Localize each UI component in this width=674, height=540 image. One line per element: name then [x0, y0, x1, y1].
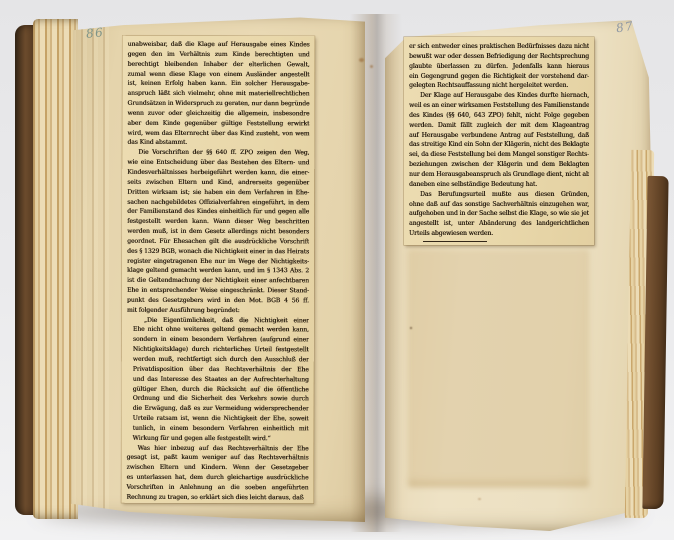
text-line: auf Herausgabe verbundene Antrag auf Fes…: [409, 131, 589, 141]
text-line: tunlich, in einem besondern Verfahren ei…: [127, 424, 309, 434]
text-line: register eingetragenen Ehe nur im Wege d…: [127, 256, 309, 266]
book-photo: 86 87 unabweisbar, daß die Klage auf Her…: [0, 0, 674, 540]
text-line: gültiger Ehen, durch die Rücksicht auf d…: [127, 384, 309, 394]
text-line: bewußt war oder dessen Befriedigung der …: [409, 52, 589, 62]
text-line: wie eine Entscheidung über das Bestehen …: [127, 158, 309, 168]
text-line: sondern in einem besondern Verfahren (au…: [127, 335, 309, 345]
foxing-spot: [359, 58, 364, 62]
text-line: Urteile ratsam ist, wenn die Nichtigkeit…: [127, 414, 309, 424]
text-line: gesagt ist, paßt kaum weniger auf das Re…: [126, 453, 308, 463]
text-line: das Kind abstammt.: [127, 138, 309, 148]
text-line: zwischen Eltern und Kindern. Wenn der Ge…: [126, 463, 308, 473]
text-line: punkt des Gesetzgebers wird in den Mot. …: [127, 296, 309, 306]
text-line: seits zwischen Eltern und Kind, andrerse…: [127, 178, 309, 188]
text-line: Wirkung für und gegen alle festgestellt …: [127, 434, 309, 444]
text-line: werden muß, rechtfertigt sich durch den …: [127, 355, 309, 365]
text-line: anspruch läßt sich vielmehr, ohne mit ma…: [127, 89, 309, 99]
pasted-clipping-left: unabweisbar, daß die Klage auf Herausgab…: [121, 36, 314, 504]
text-line: werden. Damit fällt zugleich der mit dem…: [409, 121, 589, 131]
text-line: weil es an einer wirksamen Feststellung …: [409, 101, 589, 111]
text-line: Ehe in entsprechender Weise eingeschränk…: [127, 286, 309, 296]
text-line: Der Klage auf Herausgabe des Kindes durf…: [409, 91, 589, 101]
text-line: beziehungen zwischen der Klägerin und de…: [409, 160, 589, 170]
text-line: aber dem Kinde gegenüber gültige Festste…: [127, 119, 309, 129]
glue-stain: [408, 249, 589, 487]
foxing-spot: [370, 65, 373, 68]
text-line: ist, keinen Erfolg haben kann. Ein solch…: [127, 79, 309, 89]
text-line: Grundsätzen in Widerspruch zu geraten, n…: [127, 99, 309, 109]
text-line: unabweisbar, daß die Klage auf Herausgab…: [128, 40, 310, 50]
text-line: des § 1329 BGB, wonach die Nichtigkeit e…: [127, 246, 309, 256]
text-line: aufgehoben und in der Sache selbst die K…: [409, 209, 589, 219]
book-gutter-fold: [350, 14, 402, 532]
text-line: Rechnung zu tragen, so erklärt sich dies…: [126, 493, 308, 503]
text-line: und das Interesse des Staates an der Auf…: [127, 374, 309, 384]
text-line: Ordnung und die Sicherheit des Verkehrs …: [127, 394, 309, 404]
text-line: daneben eine selbständige Bedeutung hat.: [409, 180, 589, 190]
text-line: Kindesverhältnisses herbeigeführt werden…: [127, 168, 309, 178]
text-line: Urteils abgewiesen werden.: [409, 229, 589, 239]
text-line: geordnet. Für Ehesachen gilt die ausdrüc…: [127, 237, 309, 247]
text-line: des Kindes (§§ 640, 643 ZPO) fehlt, nich…: [409, 111, 589, 121]
text-line: klage geltend gemacht werden kann, und i…: [127, 266, 309, 276]
text-line: ist die Geltendmachung der Nichtigkeit e…: [127, 276, 309, 286]
text-line: Ehe nicht ohne weiteres geltend gemacht …: [127, 325, 309, 335]
text-line: festgestellt werden kann. Wann dieser We…: [127, 217, 309, 227]
foxing-spot: [410, 327, 412, 329]
text-line: Vorschriften in Anlehnung an die soeben …: [126, 483, 308, 493]
text-line: Die Vorschriften der §§ 640 ff. ZPO zeig…: [127, 148, 309, 158]
text-line: glaubte überlassen zu dürfen. Jedenfalls…: [409, 62, 589, 72]
pasted-clipping-right: er sich entweder eines praktischen Bedür…: [404, 37, 594, 245]
text-line: Dritten wirksam ist; sie haben ein dem V…: [127, 187, 309, 197]
text-line: angestellt ist, unter Abänderung des lan…: [409, 219, 589, 229]
foxing-spot: [478, 498, 481, 500]
text-line: ein Gegengrund gegen die Richtigkeit der…: [409, 72, 589, 82]
handwritten-page-number-left: 86: [85, 25, 105, 41]
text-line: ohne daß auf das sonstige Sachverhältnis…: [409, 200, 589, 210]
text-line: berechtigt bleibenden Inhaber der elterl…: [128, 59, 310, 69]
text-line: Privatdisposition über das Rechtsverhält…: [127, 365, 309, 375]
text-line: Nichtigkeitsklage) durch richterliches U…: [127, 345, 309, 355]
text-line: „Die Eigentümlichkeit, daß die Nichtigke…: [127, 315, 309, 325]
handwritten-page-number-right: 87: [615, 19, 635, 36]
text-line: wird, wem das Elternrecht über das Kind …: [127, 128, 309, 138]
text-line: Was hier inbezug auf das Rechtsverhältni…: [127, 443, 309, 453]
text-line: es unterlassen hat, dem durch gleicharti…: [126, 473, 308, 483]
text-line: Das Berufungsurteil mußte aus diesen Grü…: [409, 190, 589, 200]
text-line: werden muß, ist in dem Gesetz allerdings…: [127, 227, 309, 237]
text-line: gelegten Rechtsauffassung nicht hergelei…: [409, 81, 589, 91]
text-line: zumal wenn diese Klage von einem Ausländ…: [127, 69, 309, 79]
page-edges-left-stack: [33, 19, 78, 519]
text-line: gegen den im Verhältnis zum Kinde berech…: [128, 50, 310, 60]
end-rule: [423, 241, 487, 242]
text-line: mit folgender Ausführung begründet:: [127, 306, 309, 316]
text-line: er sich entweder eines praktischen Bedür…: [409, 42, 589, 52]
clipping-right-lines: er sich entweder eines praktischen Bedür…: [409, 42, 589, 239]
text-line: sei, da diese Feststellung bei dem Mange…: [409, 150, 589, 160]
text-line: nur dem Herausgabeanspruch als Grundlage…: [409, 170, 589, 180]
text-line: das streitige Kind ein Sohn der Klägerin…: [409, 140, 589, 150]
text-line: der Familienstand des Kindes einheitlich…: [127, 207, 309, 217]
text-line: wenn zuvor oder gleichzeitig die allgeme…: [127, 109, 309, 119]
book-cover-right-edge: [642, 176, 668, 509]
text-line: sachen nachgebildetes Offizialverfahren …: [127, 197, 309, 207]
text-line: die Erwägung, daß es zur Vermeidung wide…: [127, 404, 309, 414]
